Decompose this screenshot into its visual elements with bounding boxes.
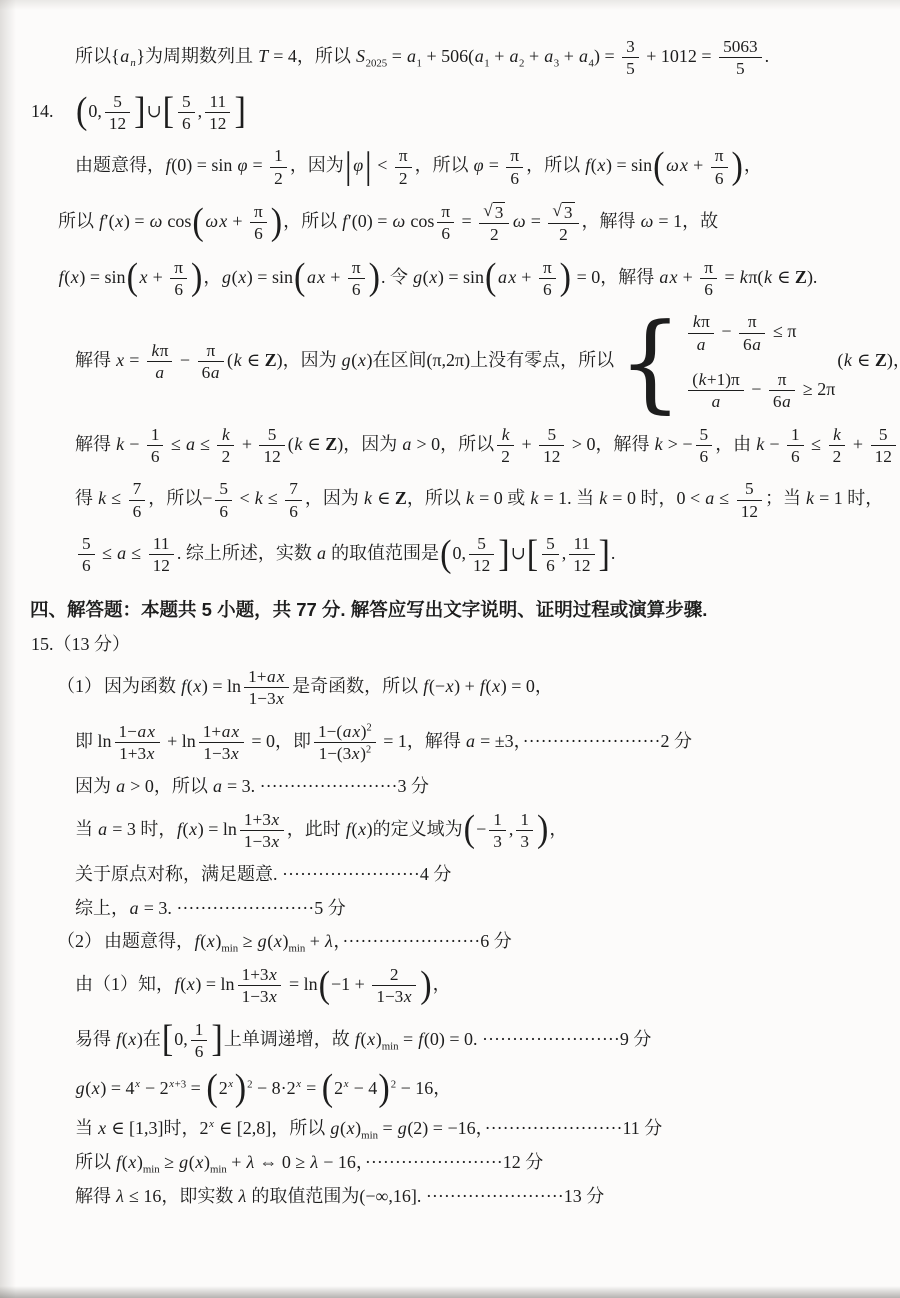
fraction: 1+3x1−3x [238,965,282,1007]
superscript: x [228,1078,234,1090]
fraction: π6a [769,370,795,412]
big-delimiter: ( [440,536,451,574]
big-delimiter: ] [211,1021,222,1059]
big-delimiter: | [365,148,372,186]
fraction: 56 [542,534,559,576]
fraction: 1+ax1−3x [199,722,244,764]
big-delimiter: ] [134,93,145,131]
item-marker: （1） [57,674,102,698]
fraction: 76 [285,479,302,521]
line-content: 因为 a > 0，所以 a = 3. ·····················… [75,776,429,796]
fraction: 512 [105,92,130,134]
solution-line-11: 15.（13 分） [0,632,900,656]
big-delimiter: ( [319,967,330,1005]
line-content: 当 x ∈ [1,3]时，2x ∈ [2,8]，所以 g(x)min = g(2… [75,1118,662,1138]
fraction: π6 [437,202,454,244]
big-delimiter: ( [485,259,496,297]
fraction: π2 [395,146,412,188]
solution-line-16: 关于原点对称，满足题意. ·······················4 分 [0,862,900,886]
line-content: 15.（13 分） [31,634,130,654]
subscript: min [210,1163,227,1175]
subscript: 2025 [366,57,388,69]
item-marker: （2） [57,929,102,953]
big-delimiter: ) [271,204,282,242]
big-delimiter: ( [192,204,203,242]
item-marker: 14. [31,99,75,123]
big-delimiter: ) [537,811,548,849]
line-content: 由题意得，f(0) = sin φ = 12，因为|φ| < π2，所以 φ =… [75,155,762,175]
solution-line-3: 由题意得，f(0) = sin φ = 12，因为|φ| < π2，所以 φ =… [0,144,900,190]
line-content: 56 ≤ a ≤ 1112. 综上所述，实数 a 的取值范围是(0,512]∪[… [75,543,615,563]
big-delimiter: ) [378,1070,389,1108]
solution-line-22: 当 x ∈ [1,3]时，2x ∈ [2,8]，所以 g(x)min = g(2… [0,1116,900,1141]
solution-line-2: 14.(0,512]∪[56,1112] [0,90,900,136]
big-delimiter: | [345,148,352,186]
line-content: 得 k ≤ 76，所以−56 < k ≤ 76，因为 k ∈ Z，所以 k = … [75,488,883,508]
bold-symbol: Z [875,350,887,370]
big-delimiter: ) [369,259,380,297]
fraction: 1112 [149,534,174,576]
line-content: 因为函数 f(x) = ln1+ax1−3x是奇函数，所以 f(−x) + f(… [104,676,553,696]
fraction: 12 [270,146,287,188]
solution-line-24: 解得 λ ≤ 16，即实数 λ 的取值范围为(−∞,16]. ·········… [0,1184,900,1208]
big-delimiter: [ [163,93,174,131]
solution-line-12: （1）因为函数 f(x) = ln1+ax1−3x是奇函数，所以 f(−x) +… [0,665,900,711]
superscript: 2 [391,1078,396,1090]
solution-line-5: f(x) = sin(x + π6)，g(x) = sin(ax + π6). … [0,256,900,302]
fraction: (k+1)πa [688,370,743,412]
fraction: k2 [217,425,234,467]
fraction: 16 [147,425,164,467]
line-content: 关于原点对称，满足题意. ·······················4 分 [75,864,451,884]
square-root: √3 [552,202,574,222]
document-lines: 所以{an}为周期数列且 T = 4，所以 S2025 = a1 + 506(a… [0,35,900,1208]
solution-line-17: 综上，a = 3. ·······················5 分 [0,896,900,920]
fraction: 512 [469,534,494,576]
solution-line-20: 易得 f(x)在[0,16]上单调递增，故 f(x)min = f(0) = 0… [0,1018,900,1064]
fraction: 16 [787,425,804,467]
bold-symbol: Z [265,350,277,370]
solution-line-1: 所以{an}为周期数列且 T = 4，所以 S2025 = a1 + 506(a… [0,35,900,81]
fraction: 1−ax1+3x [115,722,160,764]
fraction: 21−3x [372,965,416,1007]
subscript: n [130,57,137,69]
scan-edge-shadow-top [0,0,900,10]
solution-line-10: 四、解答题：本题共 5 小题，共 77 分. 解答应写出文字说明、证明过程或演算… [0,598,900,623]
big-delimiter: ) [732,148,743,186]
subscript: min [382,1040,399,1052]
line-content: 所以{an}为周期数列且 T = 4，所以 S2025 = a1 + 506(a… [75,46,769,66]
big-delimiter: ( [76,93,87,131]
solution-line-9: 56 ≤ a ≤ 1112. 综上所述，实数 a 的取值范围是(0,512]∪[… [0,532,900,578]
big-delimiter: [ [527,536,538,574]
line-content: f(x) = sin(x + π6)，g(x) = sin(ax + π6). … [58,267,817,287]
solution-line-13: 即 ln1−ax1+3x + ln1+ax1−3x = 0，即1−(ax)21−… [0,720,900,766]
big-delimiter: ] [234,93,245,131]
big-delimiter: ) [191,259,202,297]
big-delimiter: ( [206,1070,217,1108]
big-delimiter: ( [127,259,138,297]
fraction: π6 [506,146,523,188]
big-delimiter: ) [560,259,571,297]
fraction: 1112 [569,534,594,576]
fraction: kπa [688,312,714,354]
left-brace: { [618,320,682,405]
fraction: 512 [539,425,564,467]
superscript: 2 [366,745,371,756]
subscript: min [288,942,305,954]
solution-line-21: g(x) = 4x − 2x+3 = (2x)2 − 8·2x = (2x − … [0,1072,900,1106]
solution-line-23: 所以 f(x)min ≥ g(x)min + λ ⇔ 0 ≥ λ − 16，··… [0,1150,900,1175]
line-content: 综上，a = 3. ·······················5 分 [75,898,346,918]
solution-line-14: 因为 a > 0，所以 a = 3. ·····················… [0,774,900,798]
fraction: π6 [348,258,365,300]
line-content: 解得 k − 16 ≤ a ≤ k2 + 512(k ∈ Z)，因为 a > 0… [75,434,900,454]
line-content: (0,512]∪[56,1112] [75,101,247,121]
line-content: 四、解答题：本题共 5 小题，共 77 分. 解答应写出文字说明、证明过程或演算… [30,599,707,620]
fraction: √32 [548,201,578,244]
line-content: 解得 λ ≤ 16，即实数 λ 的取值范围为(−∞,16]. ·········… [75,1186,604,1206]
line-content: 由（1）知，f(x) = ln1+3x1−3x = ln(−1 + 21−3x)… [75,974,451,994]
fraction: 16 [191,1020,208,1062]
fraction: 13 [489,810,506,852]
subscript: 1 [417,57,422,69]
big-delimiter: ) [235,1070,246,1108]
fraction: √32 [479,201,509,244]
fraction: π6 [170,258,187,300]
cases-system: {kπa − π6a ≤ π(k+1)πa − π6a ≥ 2π [618,310,835,413]
fraction: 512 [871,425,896,467]
fraction: 1+ax1−3x [244,667,289,709]
fraction: π6a [198,341,224,383]
solution-line-8: 得 k ≤ 76，所以−56 < k ≤ 76，因为 k ∈ Z，所以 k = … [0,477,900,523]
fraction: π6a [739,312,765,354]
bold-symbol: Z [325,434,337,454]
fraction: 13 [516,810,533,852]
fraction: π6 [250,202,267,244]
superscript: 2 [247,1078,252,1090]
solution-line-18: （2）由题意得，f(x)min ≥ g(x)min + λ，··········… [0,929,900,954]
big-delimiter: ( [322,1070,333,1108]
superscript: 2 [367,722,372,733]
subscript: 2 [519,57,524,69]
superscript: x+3 [169,1078,186,1090]
fraction: 56 [696,425,713,467]
fraction: 56 [215,479,232,521]
line-content: 解得 x = kπa − π6a(k ∈ Z)，因为 g(x)在区间(π,2π)… [75,350,900,370]
subscript: min [361,1129,378,1141]
fraction: k2 [497,425,514,467]
line-content: 当 a = 3 时，f(x) = ln1+3x1−3x，此时 f(x)的定义域为… [75,819,567,839]
fraction: 76 [129,479,146,521]
superscript: x [209,1118,215,1130]
line-content: 即 ln1−ax1+3x + ln1+ax1−3x = 0，即1−(ax)21−… [75,731,692,751]
scan-edge-shadow-bottom [0,1286,900,1298]
fraction: 512 [259,425,284,467]
fraction: 56 [178,92,195,134]
solution-line-15: 当 a = 3 时，f(x) = ln1+3x1−3x，此时 f(x)的定义域为… [0,808,900,854]
subscript: 1 [484,57,489,69]
solution-line-7: 解得 k − 16 ≤ a ≤ k2 + 512(k ∈ Z)，因为 a > 0… [0,423,900,469]
fraction: π6 [711,146,728,188]
subscript: min [221,942,238,954]
big-delimiter: ( [653,148,664,186]
fraction: π6 [539,258,556,300]
solution-line-19: 由（1）知，f(x) = ln1+3x1−3x = ln(−1 + 21−3x)… [0,963,900,1009]
line-content: 由题意得，f(x)min ≥ g(x)min + λ，·············… [104,931,512,951]
big-delimiter: ) [420,967,431,1005]
fraction: 50635 [719,37,762,79]
big-delimiter: ( [294,259,305,297]
superscript: x [343,1078,349,1090]
fraction: π6 [700,258,717,300]
big-delimiter: ] [599,536,610,574]
subscript: 4 [589,57,594,69]
solution-line-4: 所以 f′(x) = ω cos(ωx + π6)，所以 f′(0) = ω c… [0,199,900,246]
fraction: 1112 [205,92,230,134]
fraction: 56 [78,534,95,576]
solution-line-6: 解得 x = kπa − π6a(k ∈ Z)，因为 g(x)在区间(π,2π)… [0,310,900,413]
fraction: 1−(ax)21−(3x)2 [314,722,376,764]
fraction: kπa [147,341,173,383]
bold-symbol: Z [395,488,407,508]
line-content: 所以 f′(x) = ω cos(ωx + π6)，所以 f′(0) = ω c… [58,211,718,231]
fraction: k2 [829,425,846,467]
superscript: x [296,1078,302,1090]
exam-solution-page: 所以{an}为周期数列且 T = 4，所以 S2025 = a1 + 506(a… [0,0,900,1298]
superscript: x [135,1078,141,1090]
fraction: 512 [737,479,762,521]
fraction: 35 [622,37,639,79]
line-content: g(x) = 4x − 2x+3 = (2x)2 − 8·2x = (2x − … [75,1078,451,1098]
subscript: min [143,1163,160,1175]
big-delimiter: ] [498,536,509,574]
subscript: 3 [554,57,559,69]
line-content: 所以 f(x)min ≥ g(x)min + λ ⇔ 0 ≥ λ − 16，··… [75,1152,543,1172]
square-root: √3 [483,202,505,222]
big-delimiter: ( [464,811,475,849]
fraction: 1+3x1−3x [240,810,284,852]
bold-symbol: Z [795,267,807,287]
line-content: 易得 f(x)在[0,16]上单调递增，故 f(x)min = f(0) = 0… [75,1029,651,1049]
big-delimiter: [ [162,1021,173,1059]
